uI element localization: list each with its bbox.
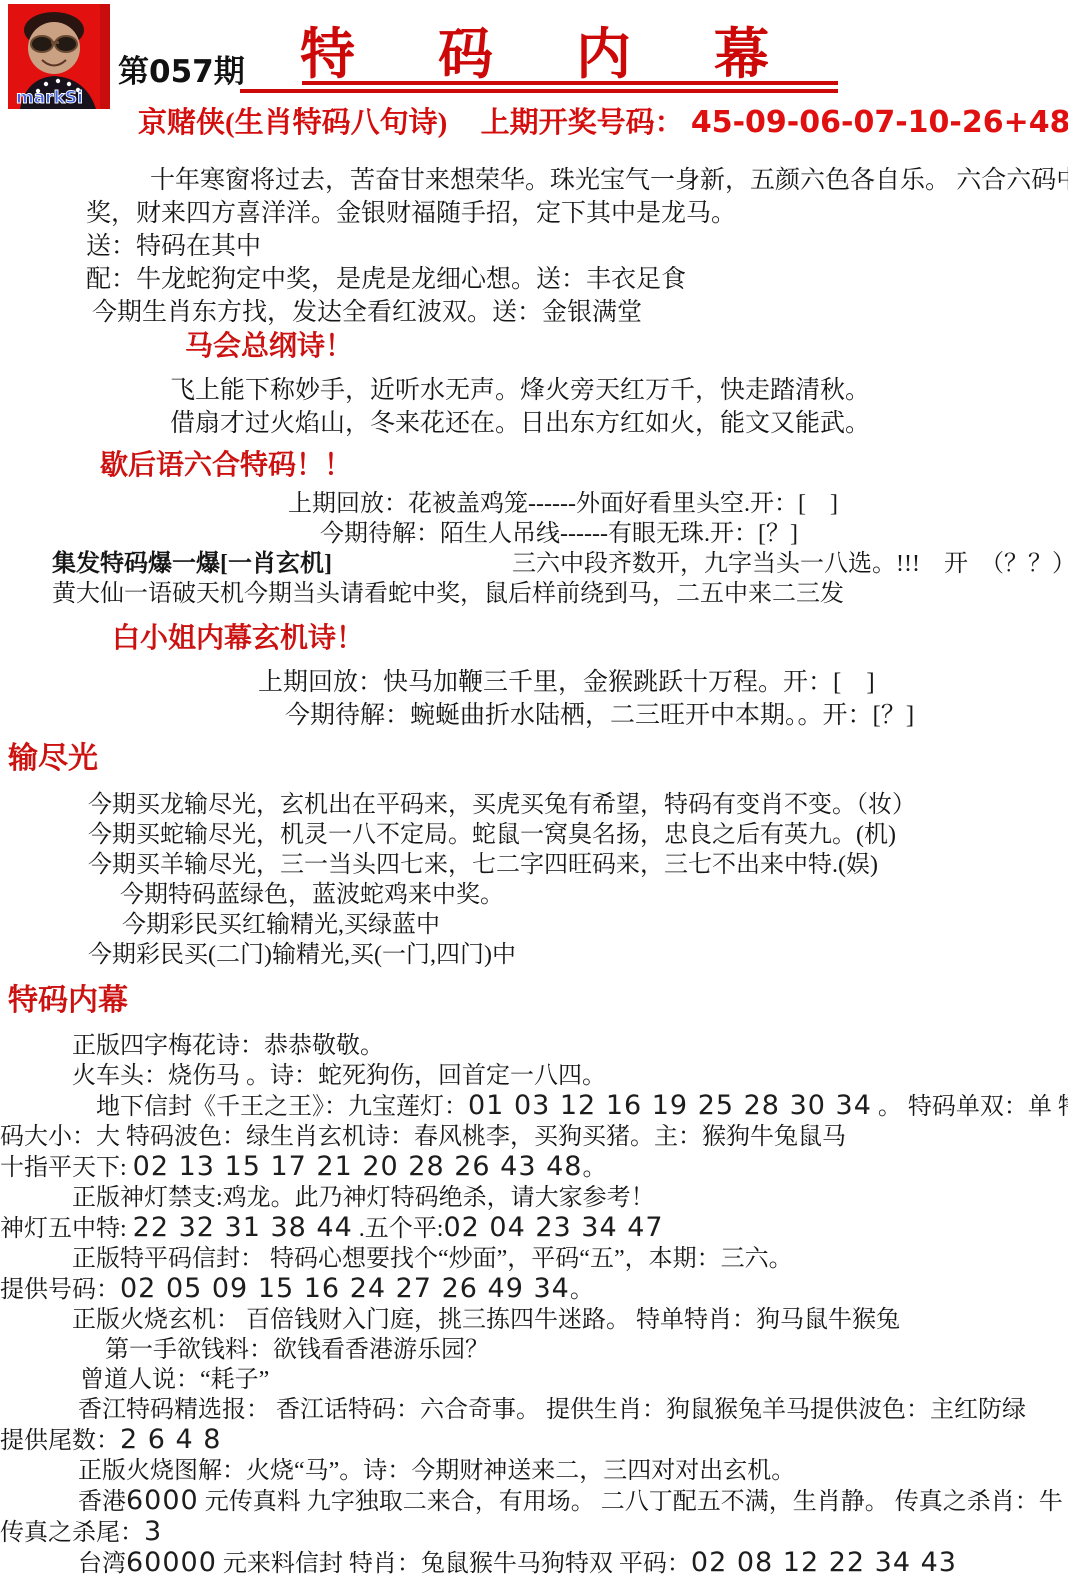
- text-line: 正版四字梅花诗：恭恭敬敬。: [0, 1031, 1068, 1061]
- text-line: 借扇才过火焰山，冬来花还在。日出东方红如火，能文又能武。: [0, 407, 1068, 440]
- text-line: 神灯五中特: 22 32 31 38 44 .五个平:02 04 23 34 4…: [0, 1213, 1068, 1244]
- text-segment: 今期生肖东方找，发达全看红波双。送：金银满堂: [92, 299, 642, 326]
- text-segment: 提供尾数：: [0, 1428, 120, 1454]
- text-line: 飞上能下称妙手，近听水无声。烽火旁天红万千，快走踏清秋。: [0, 374, 1068, 407]
- text-segment: 元来料信封 特肖：兔鼠猴牛马狗特双 平码：: [217, 1551, 691, 1575]
- text-line: 黄大仙一语破天机今期当头请看蛇中奖，鼠后样前绕到马，二五中来二三发: [0, 579, 1068, 609]
- text-line: 今期特码蓝绿色，蓝波蛇鸡来中奖。: [0, 880, 1068, 910]
- text-line: 今期待解：陌生人吊线------有眼无珠.开：[？]: [0, 519, 1068, 549]
- text-line: 今期彩民买红输精光,买绿蓝中: [0, 910, 1068, 940]
- text-segment: 。 特码单双：单 特: [872, 1094, 1068, 1120]
- text-line: 今期买龙输尽光，玄机出在平码来，买虎买兔有希望，特码有变肖不变。（妆）: [0, 790, 1068, 820]
- text-line: 配：牛龙蛇狗定中奖，是虎是龙细心想。送：丰衣足食: [0, 263, 1068, 296]
- text-line: 十年寒窗将过去，苦奋甘来想荣华。珠光宝气一身新，五颜六色各自乐。 六合六码中特: [0, 164, 1068, 197]
- page-header: markSi 第057期 特 码 内 幕 京赌侠(生肖特码八句诗) 上期开奖号码…: [0, 0, 1068, 150]
- number-run: 2 6 4 8: [120, 1424, 221, 1455]
- text-line: 今期彩民买(二门)输精光,买(一门,四门)中: [0, 940, 1068, 970]
- text-segment: 配：牛龙蛇狗定中奖，是虎是龙细心想。送：丰衣足食: [86, 266, 686, 293]
- last-draw-numbers: 45-09-06-07-10-26+48: [691, 105, 1068, 140]
- text-segment: 香港: [78, 1489, 126, 1515]
- section-heading: 歇后语六合特码！！: [0, 448, 1068, 483]
- text-segment: 送：特码在其中: [86, 233, 261, 260]
- number-run: 01 03 12 16 19 25 28 30 34: [468, 1090, 872, 1121]
- section-heading: 特码内幕: [0, 982, 1068, 1020]
- page-title: 特 码 内 幕: [300, 10, 783, 89]
- text-line: 香港6000 元传真料 九字独取二来合，有用场。 二八丁配五不满，生肖静。 传真…: [0, 1486, 1068, 1517]
- text-line: 第一手欲钱料：欲钱看香港游乐园？: [0, 1335, 1068, 1365]
- text-segment: 第一手欲钱料：欲钱看香港游乐园？: [105, 1337, 489, 1363]
- text-line: 送：特码在其中: [0, 230, 1068, 263]
- publisher-photo: markSi: [8, 4, 110, 109]
- marksi-logo-text: markSi: [16, 88, 83, 108]
- text-line: 今期待解：蜿蜒曲折水陆栖，二三旺开中本期。。开：[？]: [0, 699, 1068, 732]
- text-segment: 正版神灯禁支:鸡龙。此乃神灯特码绝杀，请大家参考！: [72, 1185, 655, 1211]
- number-run: 3: [144, 1516, 162, 1547]
- number-run: 02 13 15 17 21 20 28 26 43 48: [133, 1151, 583, 1182]
- number-run: 22 32 31 38 44: [133, 1212, 353, 1243]
- text-line: 曾道人说：“耗子”: [0, 1365, 1068, 1395]
- text-segment: 今期彩民买红输精光,买绿蓝中: [122, 912, 440, 938]
- text-segment: 今期买龙输尽光，玄机出在平码来，买虎买兔有希望，特码有变肖不变。（妆）: [88, 792, 916, 818]
- text-segment: 火车头：烧伤马 。诗：蛇死狗伤，回首定一八四。: [72, 1063, 606, 1089]
- last-draw-label: 上期开奖号码：: [481, 107, 684, 139]
- text-line: 今期生肖东方找，发达全看红波双。送：金银满堂: [0, 296, 1068, 329]
- number-run: 02 08 12 22 34 43: [691, 1547, 957, 1575]
- text-line: 今期买羊输尽光，三一当头四七来，七二字四旺码来，三七不出来中特.(娱): [0, 850, 1068, 880]
- column-title: 京赌侠(生肖特码八句诗): [138, 107, 447, 139]
- text-line: 传真之杀尾：3: [0, 1517, 1068, 1548]
- text-segment: 十指平天下:: [0, 1155, 133, 1181]
- text-line: 上期回放：花被盖鸡笼------外面好看里头空.开：[ ]: [0, 489, 1068, 519]
- text-segment: 提供号码：: [0, 1277, 120, 1303]
- text-segment: 正版特平码信封： 特码心想要找个“炒面”，平码“五”，本期：三六。: [72, 1246, 793, 1272]
- number-run: 60000: [126, 1547, 217, 1575]
- text-segment: 借扇才过火焰山，冬来花还在。日出东方红如火，能文又能武。: [170, 410, 870, 437]
- text-line: 提供尾数：2 6 4 8: [0, 1425, 1068, 1456]
- number-run: 6000: [126, 1485, 199, 1516]
- text-segment: 黄大仙一语破天机今期当头请看蛇中奖，鼠后样前绕到马，二五中来二三发: [52, 581, 844, 607]
- text-segment: 今期待解：蜿蜒曲折水陆栖，二三旺开中本期。。开：[？]: [285, 702, 914, 729]
- title-rule: [240, 89, 838, 93]
- text-segment: 。: [582, 1155, 606, 1181]
- text-line: 正版火烧玄机： 百倍钱财入门庭，挑三拣四牛迷路。 特单特肖：狗马鼠牛猴兔: [0, 1305, 1068, 1335]
- text-segment: 今期待解：陌生人吊线------有眼无珠.开：[？]: [320, 521, 798, 547]
- text-line: 香江特码精选报： 香江话特码：六合奇事。 提供生肖：狗鼠猴兔羊马提供波色：主红防…: [0, 1395, 1068, 1425]
- text-segment: 地下信封《千王之王》：九宝莲灯：: [96, 1094, 468, 1120]
- text-line: 正版特平码信封： 特码心想要找个“炒面”，平码“五”，本期：三六。: [0, 1244, 1068, 1274]
- number-run: 02 04 23 34 47: [443, 1212, 663, 1243]
- content-area: 十年寒窗将过去，苦奋甘来想荣华。珠光宝气一身新，五颜六色各自乐。 六合六码中特奖…: [0, 164, 1068, 1575]
- text-segment: 今期彩民买(二门)输精光,买(一门,四门)中: [88, 942, 516, 968]
- text-line: 火车头：烧伤马 。诗：蛇死狗伤，回首定一八四。: [0, 1061, 1068, 1091]
- text-segment: 神灯五中特:: [0, 1216, 133, 1242]
- text-line: 码大小：大 特码波色：绿生肖玄机诗：春风桃李，买狗买猪。主：猴狗牛兔鼠马: [0, 1122, 1068, 1152]
- text-line: 十指平天下: 02 13 15 17 21 20 28 26 43 48。: [0, 1152, 1068, 1183]
- text-segment: 奖，财来四方喜洋洋。金银财福随手招，定下其中是龙马。: [86, 200, 736, 227]
- text-line: 奖，财来四方喜洋洋。金银财福随手招，定下其中是龙马。: [0, 197, 1068, 230]
- text-line: 集发特码爆一爆[一肖玄机]三六中段齐数开，九字当头一八选。!!! 开 （？？）: [0, 549, 1068, 579]
- title-underline: [302, 81, 838, 85]
- text-segment: .五个平:: [353, 1216, 444, 1242]
- text-line: 上期回放：快马加鞭三千里，金猴跳跃十万程。开：[ ]: [0, 666, 1068, 699]
- text-segment: 三六中段齐数开，九字当头一八选。!!! 开 （？？）: [512, 551, 1068, 577]
- text-segment: 元传真料 九字独取二来合，有用场。 二八丁配五不满，生肖静。 传真之杀肖：牛: [199, 1489, 1063, 1515]
- man-with-sunglasses-photo: markSi: [8, 4, 110, 109]
- section-heading: 白小姐内幕玄机诗！: [0, 621, 1068, 656]
- section-heading: 输尽光: [0, 740, 1068, 778]
- text-segment: 上期回放：快马加鞭三千里，金猴跳跃十万程。开：[ ]: [258, 669, 875, 696]
- text-line: 正版火烧图解：火烧“马”。诗：今期财神送来二，三四对对出玄机。: [0, 1456, 1068, 1486]
- text-line: 提供号码：02 05 09 15 16 24 27 26 49 34。: [0, 1274, 1068, 1305]
- subtitle: 京赌侠(生肖特码八句诗) 上期开奖号码： 45-09-06-07-10-26+4…: [138, 100, 1068, 141]
- number-run: 02 05 09 15 16 24 27 26 49 34: [120, 1273, 570, 1304]
- text-segment: 传真之杀尾：: [0, 1520, 144, 1546]
- text-segment: 今期特码蓝绿色，蓝波蛇鸡来中奖。: [120, 882, 504, 908]
- text-segment: 码大小：大 特码波色：绿生肖玄机诗：春风桃李，买狗买猪。主：猴狗牛兔鼠马: [0, 1124, 846, 1150]
- text-line: 地下信封《千王之王》：九宝莲灯：01 03 12 16 19 25 28 30 …: [0, 1091, 1068, 1122]
- text-segment: 今期买羊输尽光，三一当头四七来，七二字四旺码来，三七不出来中特.(娱): [88, 852, 878, 878]
- text-segment: 上期回放：花被盖鸡笼------外面好看里头空.开：[ ]: [288, 491, 838, 517]
- text-segment: 。: [570, 1277, 594, 1303]
- text-segment: 飞上能下称妙手，近听水无声。烽火旁天红万千，快走踏清秋。: [170, 377, 870, 404]
- text-segment: 正版火烧玄机： 百倍钱财入门庭，挑三拣四牛迷路。 特单特肖：狗马鼠牛猴兔: [72, 1307, 900, 1333]
- text-segment: 正版火烧图解：火烧“马”。诗：今期财神送来二，三四对对出玄机。: [78, 1458, 795, 1484]
- text-segment: 今期买蛇输尽光，机灵一八不定局。蛇鼠一窝臭名扬，忠良之后有英九。(机): [88, 822, 896, 848]
- issue-label: 第057期: [118, 46, 245, 91]
- text-segment: 十年寒窗将过去，苦奋甘来想荣华。珠光宝气一身新，五颜六色各自乐。 六合六码中特: [150, 167, 1068, 194]
- text-line: 台湾60000 元来料信封 特肖：兔鼠猴牛马狗特双 平码：02 08 12 22…: [0, 1548, 1068, 1575]
- section-heading: 马会总纲诗！: [0, 329, 1068, 364]
- text-line: 正版神灯禁支:鸡龙。此乃神灯特码绝杀，请大家参考！: [0, 1183, 1068, 1213]
- text-segment: 曾道人说：“耗子”: [80, 1367, 269, 1393]
- text-segment: 台湾: [78, 1551, 126, 1575]
- text-segment: 正版四字梅花诗：恭恭敬敬。: [72, 1033, 384, 1059]
- text-segment: 集发特码爆一爆[一肖玄机]: [52, 551, 332, 577]
- text-line: 今期买蛇输尽光，机灵一八不定局。蛇鼠一窝臭名扬，忠良之后有英九。(机): [0, 820, 1068, 850]
- text-segment: 香江特码精选报： 香江话特码：六合奇事。 提供生肖：狗鼠猴兔羊马提供波色：主红防…: [78, 1397, 1026, 1423]
